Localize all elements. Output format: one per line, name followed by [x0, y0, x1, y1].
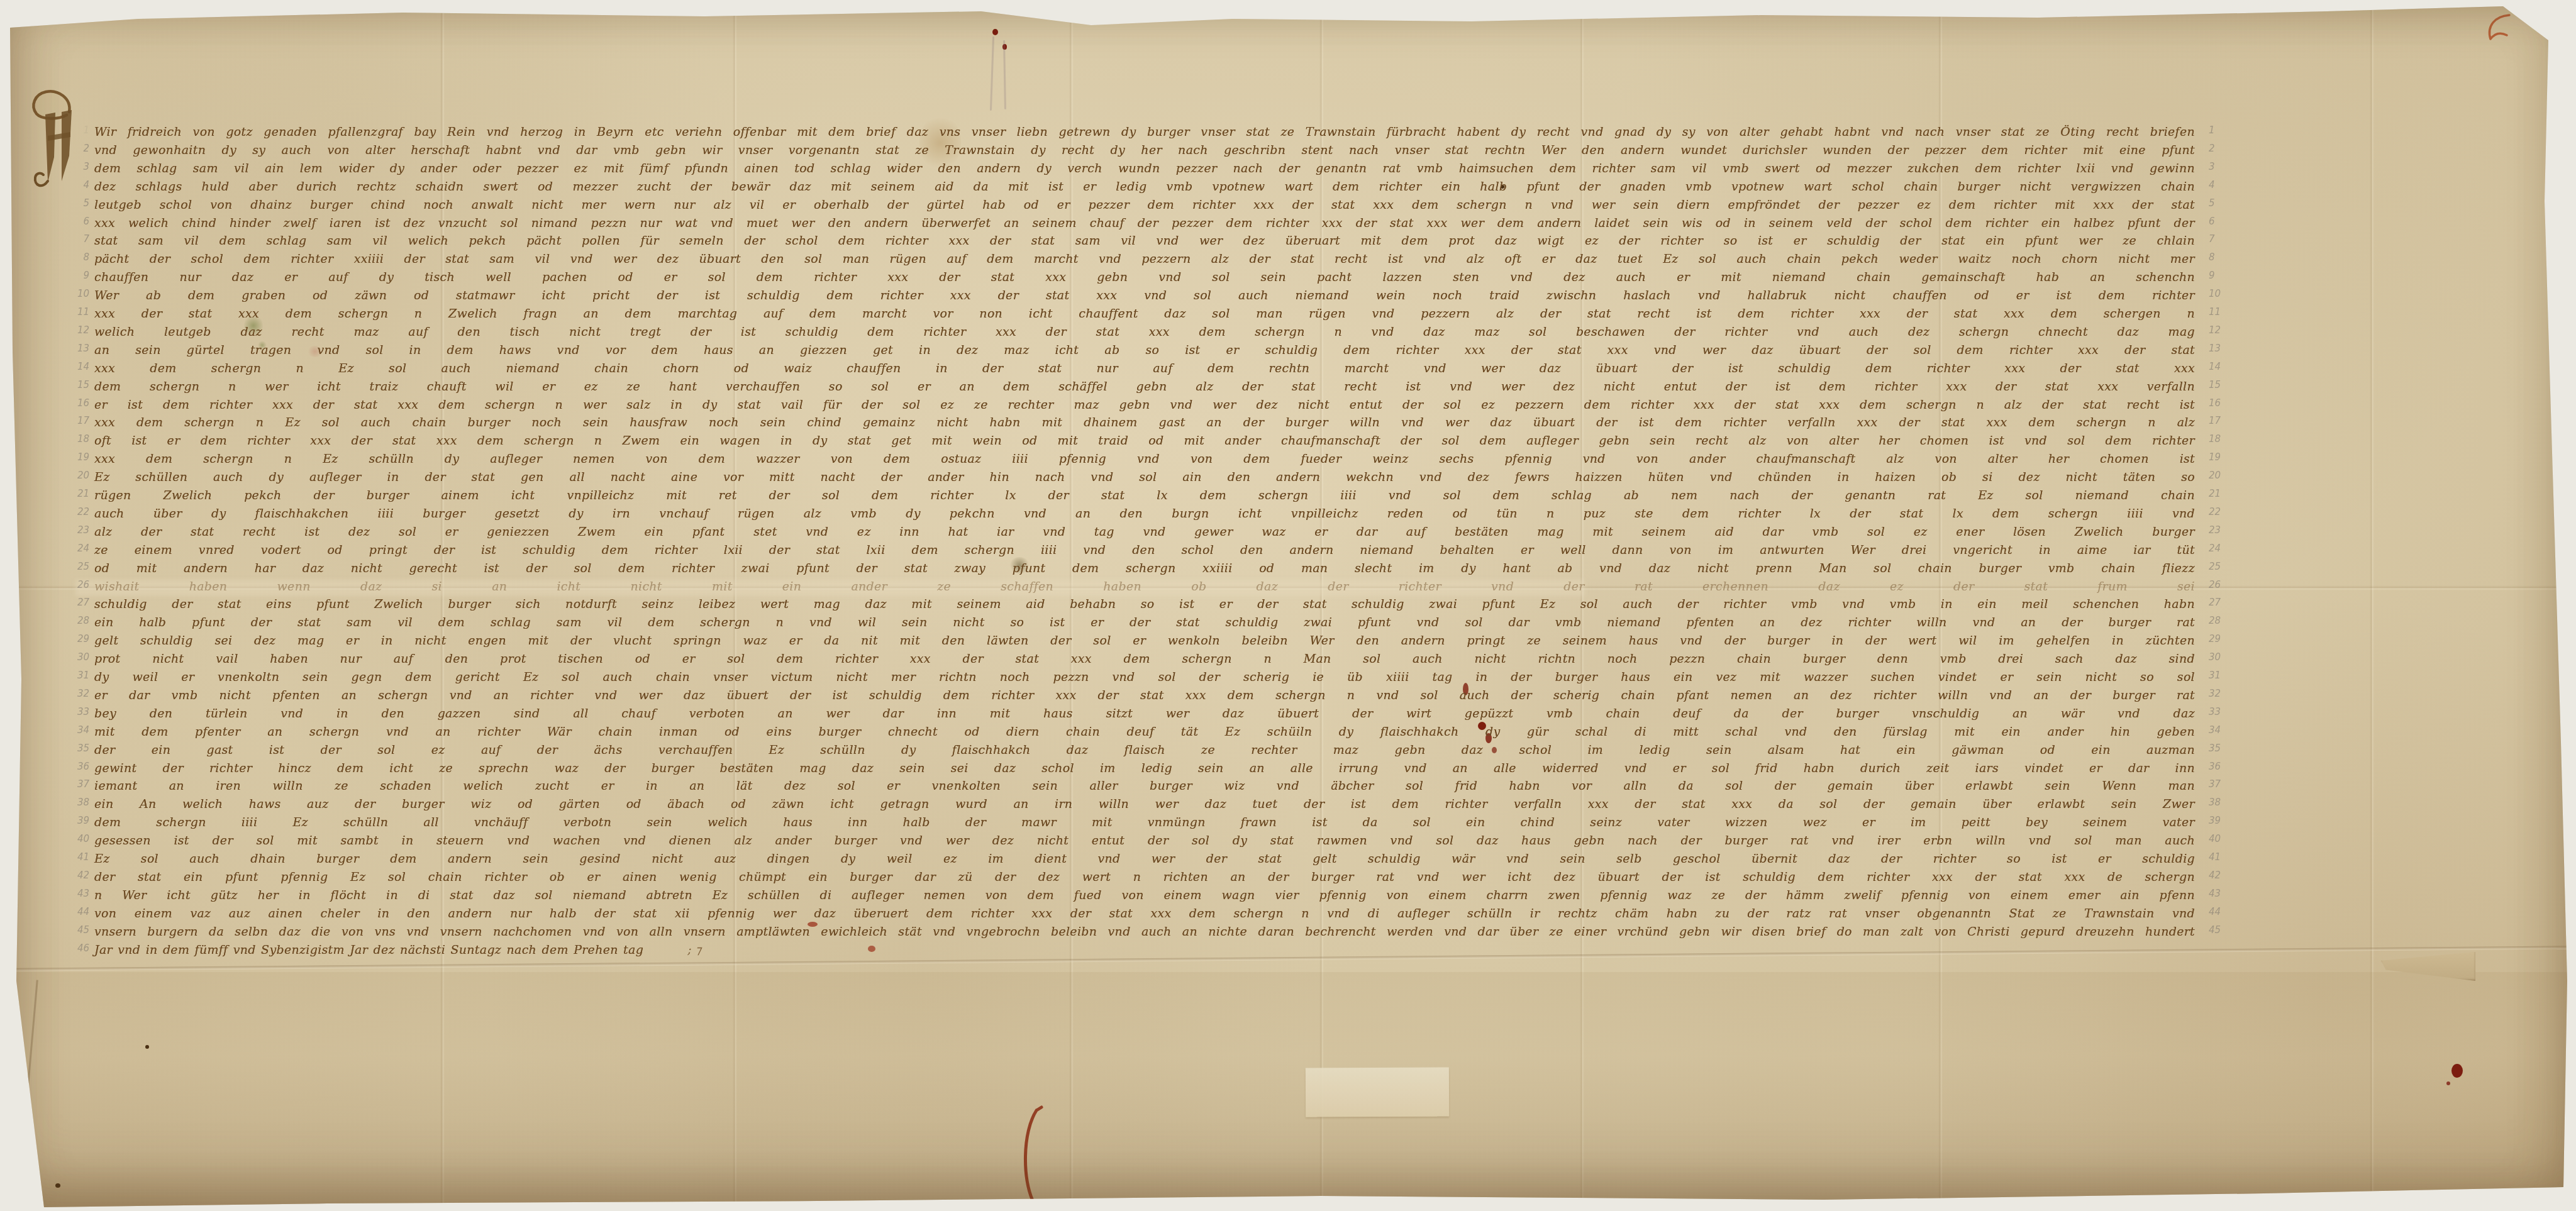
line-number-left: 23 [64, 524, 89, 536]
line-number-right: 37 [2209, 778, 2238, 790]
manuscript-line: 24ze einem vnred vodert od pringt der is… [94, 541, 2195, 560]
line-number-left: 24 [64, 543, 89, 554]
manuscript-line: 22auch über dy flaischhakchen iiii burge… [94, 505, 2195, 523]
line-number-right: 45 [2209, 924, 2238, 936]
line-number-right: 44 [2209, 906, 2238, 917]
line-number-left: 13 [64, 343, 89, 354]
manuscript-line: 20Ez schüllen auch dy aufleger in der st… [94, 468, 2195, 487]
line-number-right: 26 [2209, 579, 2238, 590]
manuscript-line: 5leutgeb schol von dhainz burger chind n… [94, 196, 2195, 214]
line-text: xxx dem schergn n Ez sol auch chain burg… [94, 414, 2195, 432]
line-text: gewint der richter hincz dem icht ze spr… [94, 760, 2195, 778]
line-number-left: 33 [64, 706, 89, 717]
line-number-right: 33 [2209, 706, 2238, 717]
line-text: der stat ein pfunt pfennig Ez sol chain … [94, 868, 2195, 887]
manuscript-line: 41Ez sol auch dhain burger dem andern se… [94, 850, 2195, 868]
line-number-right: 7 [2209, 233, 2238, 245]
line-text: Wir fridreich von gotz genaden pfallenzg… [94, 123, 2195, 141]
red-edge-mark [3, 4, 8, 29]
line-number-right: 35 [2209, 743, 2238, 754]
line-text: welich leutgeb daz recht maz auf den tis… [94, 323, 2195, 341]
line-number-left: 3 [64, 161, 89, 172]
line-number-left: 30 [64, 651, 89, 663]
manuscript-line: 7stat sam vil dem schlag sam vil welich … [94, 232, 2195, 250]
manuscript-line: 26wishait haben wenn daz si an icht nich… [94, 578, 2195, 596]
line-number-right: 2 [2209, 143, 2238, 154]
parchment-sheet: W 1Wir fridreich von gotz genaden pfalle… [0, 0, 2576, 1211]
manuscript-line: 11xxx der stat xxx dem schergn n Zwelich… [94, 305, 2195, 323]
line-number-right: 19 [2209, 451, 2238, 463]
manuscript-line: 29gelt schuldig sei dez mag er in nicht … [94, 632, 2195, 650]
line-number-right: 31 [2209, 670, 2238, 681]
manuscript-line: 16er ist dem richter xxx der stat xxx de… [94, 396, 2195, 414]
line-number-right: 17 [2209, 415, 2238, 426]
manuscript-line: 12welich leutgeb daz recht maz auf den t… [94, 323, 2195, 341]
line-number-right: 28 [2209, 615, 2238, 626]
fold-crease-vertical [2370, 0, 2374, 1211]
line-text: chauffen nur daz er auf dy tisch well pa… [94, 268, 2195, 287]
line-number-right: 29 [2209, 633, 2238, 644]
line-number-right: 14 [2209, 361, 2238, 372]
line-text: auch über dy flaischhakchen iiii burger … [94, 505, 2195, 523]
line-text: Wer ab dem graben od zäwn od statmawr ic… [94, 287, 2195, 305]
manuscript-line: 6xxx welich chind hinder zwelf iaren ist… [94, 214, 2195, 233]
line-text: dem schergn iiii Ez schülln all vnchäuff… [94, 814, 2195, 832]
line-text: Ez sol auch dhain burger dem andern sein… [94, 850, 2195, 868]
line-text: iemant an iren willn ze schaden welich z… [94, 777, 2195, 795]
line-number-right: 43 [2209, 888, 2238, 899]
line-text: von einem vaz auz ainen cheler in den an… [94, 905, 2195, 923]
initial-letter-W: W [29, 87, 82, 192]
line-text: leutgeb schol von dhainz burger chind no… [94, 196, 2195, 214]
manuscript-line: 13an sein gürtel tragen vnd sol in dem h… [94, 341, 2195, 360]
line-text: xxx der stat xxx dem schergn n Zwelich f… [94, 305, 2195, 323]
line-text: prot nicht vail haben nur auf den prot t… [94, 650, 2195, 668]
line-number-left: 15 [64, 379, 89, 390]
manuscript-line: 19xxx dem schergn n Ez schülln dy aufleg… [94, 450, 2195, 468]
line-number-right: 9 [2209, 270, 2238, 281]
manuscript-line: 30prot nicht vail haben nur auf den prot… [94, 650, 2195, 668]
line-number-right: 27 [2209, 597, 2238, 608]
line-text: Jar vnd in dem fümff vnd Sybenzigistm Ja… [94, 943, 643, 957]
line-number-left: 26 [64, 579, 89, 590]
text-block: 1Wir fridreich von gotz genaden pfallenz… [94, 0, 2195, 1211]
manuscript-line: 8pächt der schol dem richter xxiiii der … [94, 250, 2195, 268]
line-number-right: 23 [2209, 524, 2238, 536]
line-number-left: 38 [64, 797, 89, 808]
manuscript-scan: W 1Wir fridreich von gotz genaden pfalle… [0, 0, 2576, 1211]
line-number-left: 5 [64, 197, 89, 209]
line-text: Ez schüllen auch dy aufleger in der stat… [94, 468, 2195, 487]
line-text: ze einem vnred vodert od pringt der ist … [94, 541, 2195, 560]
manuscript-line: 35der ein gast ist der sol ez auf der äc… [94, 741, 2195, 760]
line-number-left: 8 [64, 252, 89, 263]
initial-letter-drawing [29, 87, 82, 192]
line-number-left: 32 [64, 688, 89, 699]
line-end-flourish: ; ⁊ [687, 943, 701, 957]
line-number-left: 25 [64, 561, 89, 572]
line-number-left: 22 [64, 506, 89, 517]
line-number-left: 7 [64, 233, 89, 245]
line-text: schuldig der stat eins pfunt Zwelich bur… [94, 595, 2195, 614]
line-text: stat sam vil dem schlag sam vil welich p… [94, 232, 2195, 250]
line-number-right: 10 [2209, 288, 2238, 299]
manuscript-line: 37iemant an iren willn ze schaden welich… [94, 777, 2195, 795]
line-number-right: 18 [2209, 433, 2238, 445]
line-number-right: 36 [2209, 761, 2238, 772]
line-number-right: 1 [2209, 124, 2238, 136]
line-number-left: 34 [64, 724, 89, 736]
line-number-left: 1 [64, 124, 89, 136]
line-number-right: 24 [2209, 543, 2238, 554]
plica-left-edge [16, 980, 38, 1207]
manuscript-line: 43n Wer icht gütz her in flöcht in di st… [94, 887, 2195, 905]
manuscript-line: 17xxx dem schergn n Ez sol auch chain bu… [94, 414, 2195, 432]
line-number-left: 14 [64, 361, 89, 372]
line-number-right: 20 [2209, 470, 2238, 481]
line-text: dem schlag sam vil ain lem wider dy ande… [94, 160, 2195, 178]
manuscript-line: 34mit dem pfenter an schergn vnd an rich… [94, 723, 2195, 741]
line-number-left: 45 [64, 924, 89, 936]
plica-corner-flap [2381, 952, 2475, 981]
line-number-left: 46 [64, 943, 89, 954]
line-text: od mit andern har daz nicht gerecht ist … [94, 560, 2195, 578]
manuscript-line: 33bey den türlein vnd in den gazzen sind… [94, 705, 2195, 723]
line-number-left: 44 [64, 906, 89, 917]
red-squiggle-mark [2480, 11, 2514, 45]
line-number-left: 11 [64, 306, 89, 318]
line-number-left: 35 [64, 743, 89, 754]
line-text: wishait haben wenn daz si an icht nicht … [94, 578, 2195, 596]
line-text: pächt der schol dem richter xxiiii der s… [94, 250, 2195, 268]
line-number-left: 6 [64, 216, 89, 227]
manuscript-line: 45vnsern burgern da selbn daz die von vn… [94, 923, 2195, 941]
manuscript-line: 14xxx dem schergn n Ez sol auch niemand … [94, 360, 2195, 378]
manuscript-line: 25od mit andern har daz nicht gerecht is… [94, 560, 2195, 578]
line-text: bey den türlein vnd in den gazzen sind a… [94, 705, 2195, 723]
line-text: vnd gewonhaitn dy sy auch von alter hers… [94, 141, 2195, 160]
line-text: alz der stat recht ist dez sol er geniez… [94, 523, 2195, 541]
manuscript-line: 2vnd gewonhaitn dy sy auch von alter her… [94, 141, 2195, 160]
line-text: dem schergn n wer icht traiz chauft wil … [94, 378, 2195, 396]
line-number-right: 38 [2209, 797, 2238, 808]
line-text: rügen Zwelich pekch der burger ainem ich… [94, 487, 2195, 505]
line-text: oft ist er dem richter xxx der stat xxx … [94, 432, 2195, 450]
line-text: gesessen ist der sol mit sambt in steuer… [94, 832, 2195, 850]
manuscript-line: 39dem schergn iiii Ez schülln all vnchäu… [94, 814, 2195, 832]
line-text: n Wer icht gütz her in flöcht in di stat… [94, 887, 2195, 905]
manuscript-line: 28ein halb pfunt der stat sam vil dem sc… [94, 614, 2195, 632]
line-number-left: 10 [64, 288, 89, 299]
line-number-right: 34 [2209, 724, 2238, 736]
line-text: xxx dem schergn n Ez sol auch niemand ch… [94, 360, 2195, 378]
line-text: an sein gürtel tragen vnd sol in dem haw… [94, 341, 2195, 360]
line-number-left: 40 [64, 833, 89, 844]
line-number-left: 16 [64, 397, 89, 409]
manuscript-line: 1Wir fridreich von gotz genaden pfallenz… [94, 123, 2195, 141]
line-number-left: 36 [64, 761, 89, 772]
line-text: ein halb pfunt der stat sam vil dem schl… [94, 614, 2195, 632]
line-number-left: 29 [64, 633, 89, 644]
line-text: xxx welich chind hinder zwelf iaren ist … [94, 214, 2195, 233]
manuscript-line: 42der stat ein pfunt pfennig Ez sol chai… [94, 868, 2195, 887]
manuscript-line: 32er dar vmb nicht pfenten an schergn vn… [94, 687, 2195, 705]
line-number-right: 3 [2209, 161, 2238, 172]
line-number-left: 31 [64, 670, 89, 681]
manuscript-line: 23alz der stat recht ist dez sol er geni… [94, 523, 2195, 541]
line-number-left: 43 [64, 888, 89, 899]
line-number-left: 18 [64, 433, 89, 445]
line-text: der ein gast ist der sol ez auf der ächs… [94, 741, 2195, 760]
line-number-left: 2 [64, 143, 89, 154]
line-number-left: 28 [64, 615, 89, 626]
ink-dot [55, 1183, 60, 1188]
line-number-left: 42 [64, 870, 89, 881]
line-number-left: 37 [64, 778, 89, 790]
line-number-right: 42 [2209, 870, 2238, 881]
manuscript-line: 15dem schergn n wer icht traiz chauft wi… [94, 378, 2195, 396]
manuscript-line: 31dy weil er vnenkoltn sein gegn dem ger… [94, 668, 2195, 687]
manuscript-line: 44von einem vaz auz ainen cheler in den … [94, 905, 2195, 923]
line-text: mit dem pfenter an schergn vnd an richte… [94, 723, 2195, 741]
manuscript-line: 40gesessen ist der sol mit sambt in steu… [94, 832, 2195, 850]
line-number-right: 12 [2209, 324, 2238, 336]
line-number-right: 21 [2209, 488, 2238, 499]
manuscript-line: 3dem schlag sam vil ain lem wider dy and… [94, 160, 2195, 178]
line-number-right: 15 [2209, 379, 2238, 390]
manuscript-line: 10Wer ab dem graben od zäwn od statmawr … [94, 287, 2195, 305]
line-number-left: 17 [64, 415, 89, 426]
line-number-right: 32 [2209, 688, 2238, 699]
manuscript-line: 18oft ist er dem richter xxx der stat xx… [94, 432, 2195, 450]
line-number-left: 19 [64, 451, 89, 463]
line-number-left: 39 [64, 815, 89, 826]
manuscript-line: 9chauffen nur daz er auf dy tisch well p… [94, 268, 2195, 287]
wax-seal-spot [2451, 1064, 2463, 1078]
wax-spot-small [2446, 1081, 2450, 1085]
manuscript-line: 27schuldig der stat eins pfunt Zwelich b… [94, 595, 2195, 614]
manuscript-line: 36gewint der richter hincz dem icht ze s… [94, 760, 2195, 778]
line-text: vnsern burgern da selbn daz die von vns … [94, 923, 2195, 941]
line-number-left: 27 [64, 597, 89, 608]
line-number-right: 5 [2209, 197, 2238, 209]
line-number-right: 39 [2209, 815, 2238, 826]
line-number-right: 41 [2209, 851, 2238, 863]
line-text: gelt schuldig sei dez mag er in nicht en… [94, 632, 2195, 650]
line-number-right: 25 [2209, 561, 2238, 572]
manuscript-line: 46Jar vnd in dem fümff vnd Sybenzigistm … [94, 941, 2195, 959]
line-text: dy weil er vnenkoltn sein gegn dem geric… [94, 668, 2195, 687]
line-number-right: 16 [2209, 397, 2238, 409]
line-number-right: 6 [2209, 216, 2238, 227]
line-number-right: 13 [2209, 343, 2238, 354]
line-number-right: 11 [2209, 306, 2238, 318]
line-number-right: 22 [2209, 506, 2238, 517]
line-number-left: 12 [64, 324, 89, 336]
line-text: xxx dem schergn n Ez schülln dy aufleger… [94, 450, 2195, 468]
line-number-left: 9 [64, 270, 89, 281]
line-number-right: 4 [2209, 179, 2238, 191]
line-number-left: 4 [64, 179, 89, 191]
line-number-left: 21 [64, 488, 89, 499]
line-text: er ist dem richter xxx der stat xxx dem … [94, 396, 2195, 414]
line-number-right: 30 [2209, 651, 2238, 663]
line-text: dez schlags huld aber durich rechtz scha… [94, 178, 2195, 196]
line-text: ein An welich haws auz der burger wiz od… [94, 795, 2195, 814]
line-number-left: 41 [64, 851, 89, 863]
manuscript-line: 21rügen Zwelich pekch der burger ainem i… [94, 487, 2195, 505]
manuscript-line: 4dez schlags huld aber durich rechtz sch… [94, 178, 2195, 196]
line-text: er dar vmb nicht pfenten an schergn vnd … [94, 687, 2195, 705]
line-number-right: 40 [2209, 833, 2238, 844]
manuscript-line: 38ein An welich haws auz der burger wiz … [94, 795, 2195, 814]
line-number-left: 20 [64, 470, 89, 481]
line-number-right: 8 [2209, 252, 2238, 263]
